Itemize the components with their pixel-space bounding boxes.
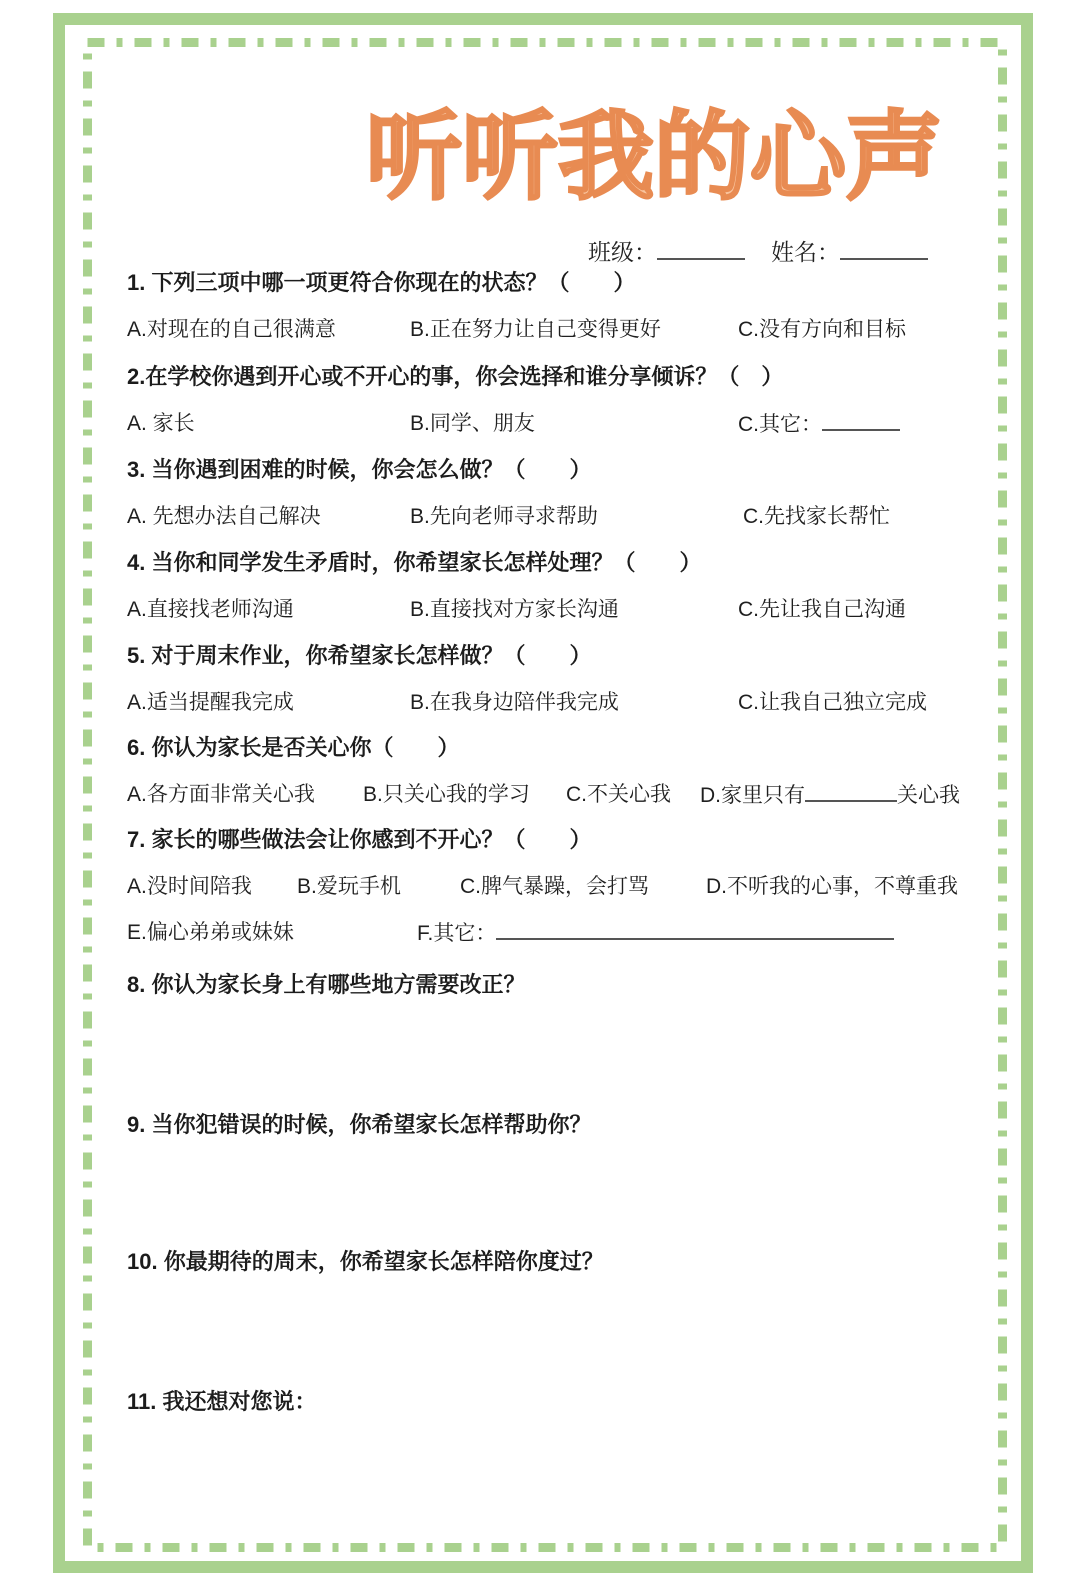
option-7f-blank-line <box>496 919 894 940</box>
class-blank-line <box>657 239 745 260</box>
questionnaire-page: 听听我的心声 班级：姓名： 1. 下列三项中哪一项更符合你现在的状态？（ ） A… <box>0 0 1080 1590</box>
option-2c-label: C.其它： <box>738 413 822 436</box>
option-3c: C.先找家长帮忙 <box>743 503 890 531</box>
question-2: 2.在学校你遇到开心或不开心的事，你会选择和谁分享倾诉？（ ） <box>127 363 783 391</box>
option-1b: B.正在努力让自己变得更好 <box>410 316 661 344</box>
option-7c: C.脾气暴躁，会打骂 <box>460 873 649 901</box>
option-5a: A.适当提醒我完成 <box>127 689 294 717</box>
option-7b: B.爱玩手机 <box>297 873 401 901</box>
option-6d-blank-line <box>805 781 897 802</box>
option-4c: C.先让我自己沟通 <box>738 596 906 624</box>
question-1-options: A.对现在的自己很满意 B.正在努力让自己变得更好 C.没有方向和目标 <box>0 316 1080 344</box>
option-6d-suffix: 关心我 <box>897 784 960 807</box>
name-label: 姓名： <box>771 239 840 265</box>
page-title: 听听我的心声 <box>366 108 942 209</box>
option-6d: D.家里只有关心我 <box>700 781 960 810</box>
question-7-options-row-2: E.偏心弟弟或妹妹 F.其它： <box>0 919 1080 947</box>
option-6b: B.只关心我的学习 <box>363 781 530 809</box>
option-7d: D.不听我的心事，不尊重我 <box>706 873 958 901</box>
option-6d-prefix: D.家里只有 <box>700 784 805 807</box>
question-7: 7. 家长的哪些做法会让你感到不开心？（ ） <box>127 826 591 854</box>
option-2a: A. 家长 <box>127 410 195 438</box>
question-8: 8. 你认为家长身上有哪些地方需要改正？ <box>127 971 525 999</box>
question-3: 3. 当你遇到困难的时候，你会怎么做？（ ） <box>127 456 591 484</box>
option-3b: B.先向老师寻求帮助 <box>410 503 598 531</box>
option-4b: B.直接找对方家长沟通 <box>410 596 619 624</box>
class-label: 班级： <box>588 239 657 265</box>
option-7f: F.其它： <box>417 919 894 948</box>
option-6c: C.不关心我 <box>566 781 671 809</box>
question-3-options: A. 先想办法自己解决 B.先向老师寻求帮助 C.先找家长帮忙 <box>0 503 1080 531</box>
option-7a: A.没时间陪我 <box>127 873 252 901</box>
question-5: 5. 对于周末作业，你希望家长怎样做？（ ） <box>127 642 591 670</box>
option-7e: E.偏心弟弟或妹妹 <box>127 919 294 947</box>
question-4-options: A.直接找老师沟通 B.直接找对方家长沟通 C.先让我自己沟通 <box>0 596 1080 624</box>
question-10: 10. 你最期待的周末，你希望家长怎样陪你度过？ <box>127 1248 604 1276</box>
option-1c: C.没有方向和目标 <box>738 316 906 344</box>
option-4a: A.直接找老师沟通 <box>127 596 294 624</box>
question-6-options: A.各方面非常关心我 B.只关心我的学习 C.不关心我 D.家里只有关心我 <box>0 781 1080 809</box>
option-5c: C.让我自己独立完成 <box>738 689 927 717</box>
option-2c: C.其它： <box>738 410 900 439</box>
option-3a: A. 先想办法自己解决 <box>127 503 321 531</box>
question-2-options: A. 家长 B.同学、朋友 C.其它： <box>0 410 1080 438</box>
name-blank-line <box>840 239 928 260</box>
question-9: 9. 当你犯错误的时候，你希望家长怎样帮助你？ <box>127 1111 591 1139</box>
option-7f-label: F.其它： <box>417 922 496 945</box>
question-4: 4. 当你和同学发生矛盾时，你希望家长怎样处理？（ ） <box>127 549 701 577</box>
question-7-options-row-1: A.没时间陪我 B.爱玩手机 C.脾气暴躁，会打骂 D.不听我的心事，不尊重我 <box>0 873 1080 901</box>
option-5b: B.在我身边陪伴我完成 <box>410 689 619 717</box>
option-2c-blank-line <box>822 410 900 431</box>
question-11: 11. 我还想对您说： <box>127 1388 316 1416</box>
question-6: 6. 你认为家长是否关心你（ ） <box>127 734 459 762</box>
question-1: 1. 下列三项中哪一项更符合你现在的状态？（ ） <box>127 269 635 297</box>
class-name-row: 班级：姓名： <box>588 234 928 267</box>
option-6a: A.各方面非常关心我 <box>127 781 315 809</box>
option-2b: B.同学、朋友 <box>410 410 535 438</box>
option-1a: A.对现在的自己很满意 <box>127 316 336 344</box>
question-5-options: A.适当提醒我完成 B.在我身边陪伴我完成 C.让我自己独立完成 <box>0 689 1080 717</box>
